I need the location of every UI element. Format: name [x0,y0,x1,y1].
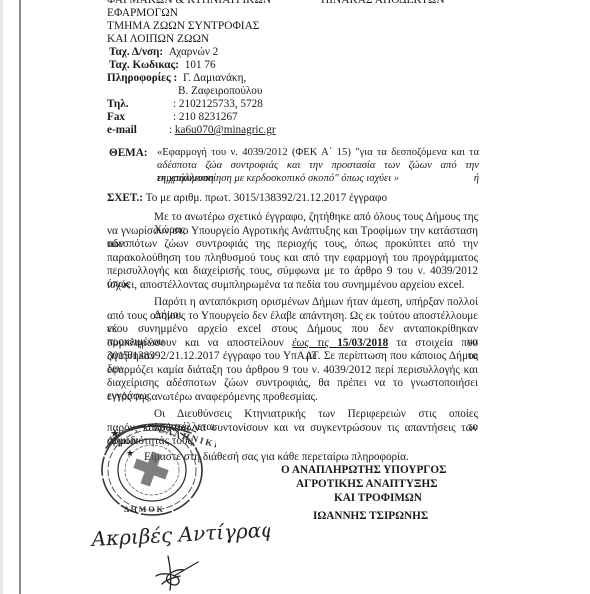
fax-value: : 210 8231267 [173,111,238,124]
subject-line-2: αδέσποτα ζώα συντροφιάς και την προστασί… [157,160,479,173]
signatory-title-3: ΚΑΙ ΤΡΟΦΙΜΩΝ [334,491,422,505]
phone-row: Τηλ. : 2102125733, 5728 [107,98,129,111]
p1-line-2: να γνωρίσουν στο Υπουργείο Αγροτικής Ανά… [107,225,478,238]
info-value-1: Γ. Δαμιανάκη, [183,72,246,84]
handwritten-certification-icon: Ακριβές Αντίγραφο [90,516,270,594]
fax-label: Fax [107,111,125,124]
subject-line-1: «Εφαρμογή του ν. 4039/2012 (ΦΕΚ Α΄ 15) "… [157,147,479,160]
reference-row: ΣΧΕΤ.: Το με αριθμ. πρωτ. 3015/138392/21… [107,192,387,205]
p2-line-4-deadline: συμπληρώσουν και να αποστείλουν έως τις … [107,337,478,350]
postcode-row: Ταχ. Κωδικας: 101 76 [109,59,216,72]
fax-row: Fax : 210 8231267 [107,111,125,124]
signatory-title-2: ΑΓΡΟΤΙΚΗΣ ΑΝΑΠΤΥΞΗΣ [296,477,438,491]
address-value: Αχαρνών 2 [169,46,218,58]
p2-line-5: 3015/138392/21.12.2017 έγγραφο του ΥπΑΑΤ… [107,350,478,363]
p2-line-6: εφαρμόζει καμία διάταξη του άρθρου 9 του… [107,364,478,377]
document-page: ΦΑΡΜΑΚΩΝ & ΚΤΗΝΙΑΤΡΙΚΩΝ ΕΦΑΡΜΟΓΩΝ ΤΜΗΜΑ … [0,0,590,594]
phone-label: Τηλ. [107,98,129,111]
p1-line-6: ισχύει, αποστέλλοντας συμπληρωμένα τα πε… [107,279,478,292]
dept-line-4: ΚΑΙ ΛΟΙΠΩΝ ΖΩΩΝ [107,33,209,46]
signatory-title-1: Ο ΑΝΑΠΛΗΡΩΤΗΣ ΥΠΟΥΡΓΟΣ [281,463,446,477]
info-row: Πληροφορίες : Γ. Δαμιανάκη, [107,72,246,85]
address-row: Ταχ. Δ/νση: Αχαρνών 2 [109,46,218,59]
email-link[interactable]: ka6u070@minagric.gr [175,124,276,136]
deadline-date: 15/03/2018 [337,337,388,349]
svg-text:★: ★ [126,448,134,458]
subject-line-3: τη χρησιμοποίηση με κερδοσκοπικό σκοπό" … [157,173,479,186]
reference-text: Το με αριθμ. πρωτ. 3015/138392/21.12.201… [146,192,387,204]
p1-line-1: Με το ανωτέρω σχετικό έγγραφο, ζητήθηκε … [107,211,478,224]
official-stamp-icon: Ε Λ Λ Η Ν Ι Κ Η Δ Η Μ Ο Κ ★ ★ [96,418,216,518]
recipients-title: ΠΙΝΑΚΑΣ ΑΠΟΔΕΚΤΩΝ [321,0,445,7]
p2-line-7: διαχείρισης αδέσποτων ζώων συντροφιάς, θ… [107,377,478,390]
reference-label: ΣΧΕΤ.: [107,192,143,204]
signatory-name: ΙΩΑΝΝΗΣ ΤΣΙΡΩΝΗΣ [313,509,428,523]
info-label: Πληροφορίες : [107,72,177,85]
info-value-2: Β. Ζαφειροπούλου [178,85,262,98]
email-label: e-mail [107,124,137,137]
p2-line-3: νέου συνημμένο αρχείο excel στους Δήμους… [107,323,478,336]
p2-line-8: εντός της ανωτέρω αναφερόμενης προθεσμία… [107,391,478,404]
p2-line-1: Παρότι η ανταπόκριση ορισμένων Δήμων ήτα… [107,296,478,309]
dept-line-1: ΦΑΡΜΑΚΩΝ & ΚΤΗΝΙΑΤΡΙΚΩΝ [107,0,271,7]
address-label: Ταχ. Δ/νση: [109,46,163,59]
svg-text:Δ Η Μ Ο Κ: Δ Η Μ Ο Κ [124,505,164,514]
postcode-value: 101 76 [185,59,216,71]
email-row: e-mail : ka6u070@minagric.gr [107,124,137,137]
deadline-until: έως τις [292,337,337,349]
svg-text:★: ★ [110,428,120,440]
dept-line-2: ΕΦΑΡΜΟΓΩΝ [107,7,178,20]
p1-line-5: περισυλλογής και διαχείρισής τους, σύμφω… [107,265,478,278]
phone-value: : 2102125733, 5728 [173,98,263,111]
handwritten-note: Ακριβές Αντίγραφο [90,517,270,551]
p1-line-3: αδεσπότων ζώων συντροφιάς της περιοχής τ… [107,238,478,251]
subject-label: ΘΕΜΑ: [109,147,148,160]
dept-line-3: ΤΜΗΜΑ ΖΩΩΝ ΣΥΝΤΡΟΦΙΑΣ [107,20,259,33]
postcode-label: Ταχ. Κωδικας: [109,59,179,72]
p1-line-4: παρακολούθηση του πληθυσμού τους και από… [107,252,478,265]
p2-line-2: από τους οποίους το Υπουργείο δεν έλαβε … [107,310,478,323]
